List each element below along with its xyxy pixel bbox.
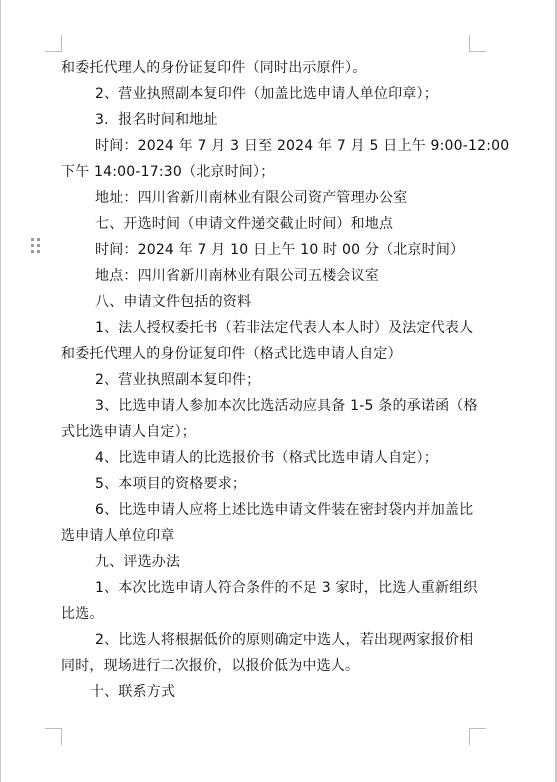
paragraph-drag-handle-icon[interactable] <box>31 238 41 254</box>
margin-corner-bottom-left <box>45 728 62 745</box>
paragraph-line: 和委托代理人的身份证复印件（格式比选申请人自定） <box>61 341 471 367</box>
section-heading: 十、联系方式 <box>61 679 471 705</box>
paragraph-line: 比选。 <box>61 601 471 627</box>
section-heading: 九、评选办法 <box>61 549 471 575</box>
paragraph-line: 下午 14:00-17:30（北京时间）； <box>61 159 471 185</box>
paragraph-line: 选申请人单位印章 <box>61 523 471 549</box>
margin-corner-top-right <box>469 35 486 52</box>
page-edge-left <box>0 0 1 782</box>
paragraph-line: 2、营业执照副本复印件（加盖比选申请人单位印章）； <box>61 81 471 107</box>
section-heading: 七、开选时间（申请文件递交截止时间）和地点 <box>61 211 471 237</box>
paragraph-line: 地址：四川省新川南林业有限公司资产管理办公室 <box>61 185 471 211</box>
paragraph-line: 6、比选申请人应将上述比选申请文件装在密封袋内并加盖比 <box>61 497 471 523</box>
paragraph-line: 2、营业执照副本复印件； <box>61 367 471 393</box>
paragraph-line: 时间：2024 年 7 月 3 日至 2024 年 7 月 5 日上午 9:00… <box>61 133 471 159</box>
document-body[interactable]: 和委托代理人的身份证复印件（同时出示原件）。 2、营业执照副本复印件（加盖比选申… <box>61 55 471 705</box>
margin-corner-bottom-right <box>469 728 486 745</box>
paragraph-line: 和委托代理人的身份证复印件（同时出示原件）。 <box>61 55 471 81</box>
paragraph-line: 地点：四川省新川南林业有限公司五楼会议室 <box>61 263 471 289</box>
paragraph-line: 5、本项目的资格要求； <box>61 471 471 497</box>
section-heading: 八、申请文件包括的资料 <box>61 289 471 315</box>
paragraph-line: 3、比选申请人参加本次比选活动应具备 1-5 条的承诺函（格 <box>61 393 471 419</box>
paragraph-line: 同时，现场进行二次报价，以报价低为中选人。 <box>61 653 471 679</box>
paragraph-line: 2、比选人将根据低价的原则确定中选人，若出现两家报价相 <box>61 627 471 653</box>
paragraph-line: 4、比选申请人的比选报价书（格式比选申请人自定）； <box>61 445 471 471</box>
paragraph-line: 时间：2024 年 7 月 10 日上午 10 时 00 分（北京时间） <box>61 237 471 263</box>
paragraph-line: 1、本次比选申请人符合条件的不足 3 家时，比选人重新组织 <box>61 575 471 601</box>
section-heading: 3．报名时间和地址 <box>61 107 471 133</box>
paragraph-line: 1、法人授权委托书（若非法定代表人本人时）及法定代表人 <box>61 315 471 341</box>
paragraph-line: 式比选申请人自定）； <box>61 419 471 445</box>
margin-corner-top-left <box>45 35 62 52</box>
